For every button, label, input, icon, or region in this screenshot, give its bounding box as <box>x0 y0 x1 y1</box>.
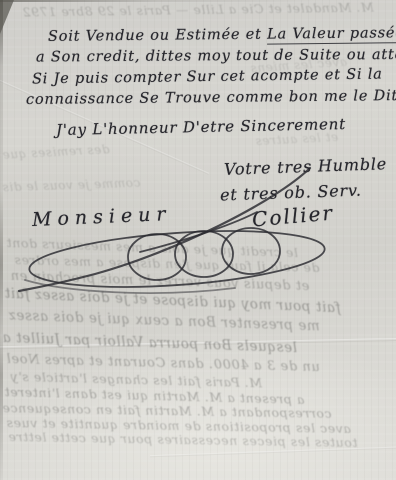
closing-line: et tres ob. Serv. <box>220 181 362 205</box>
salutation: Monsieur <box>32 203 172 231</box>
handwriting-line: connaissance Se Trouve comme bon me le D… <box>26 88 396 108</box>
handwriting-text: Soit Vendue ou Estimée et <box>48 27 267 45</box>
bleed-through-fragment: comme je vous le dis <box>2 176 141 195</box>
underlined-phrase: La Valeur passée <box>267 25 396 44</box>
letter-scan: M. Mandalet et Cie a Lille — Paris le 29… <box>0 0 396 480</box>
signature: Collier <box>251 200 335 231</box>
handwriting-line: Si Je puis compter Sur cet acompte et Si… <box>32 67 383 88</box>
handwriting-line: Soit Vendue ou Estimée et La Valeur pass… <box>48 25 396 45</box>
bleed-through-fragment: des remises que <box>2 142 110 162</box>
scan-edge-top <box>0 0 396 2</box>
closing-line: Votre tres Humble <box>224 154 388 179</box>
handwriting-line: a Son credit, dittes moy tout de Suite o… <box>36 47 396 66</box>
scan-edge-left <box>0 0 3 480</box>
bleed-through-line: M. Mandalet et Cie a Lille — Paris le 29… <box>22 0 374 19</box>
